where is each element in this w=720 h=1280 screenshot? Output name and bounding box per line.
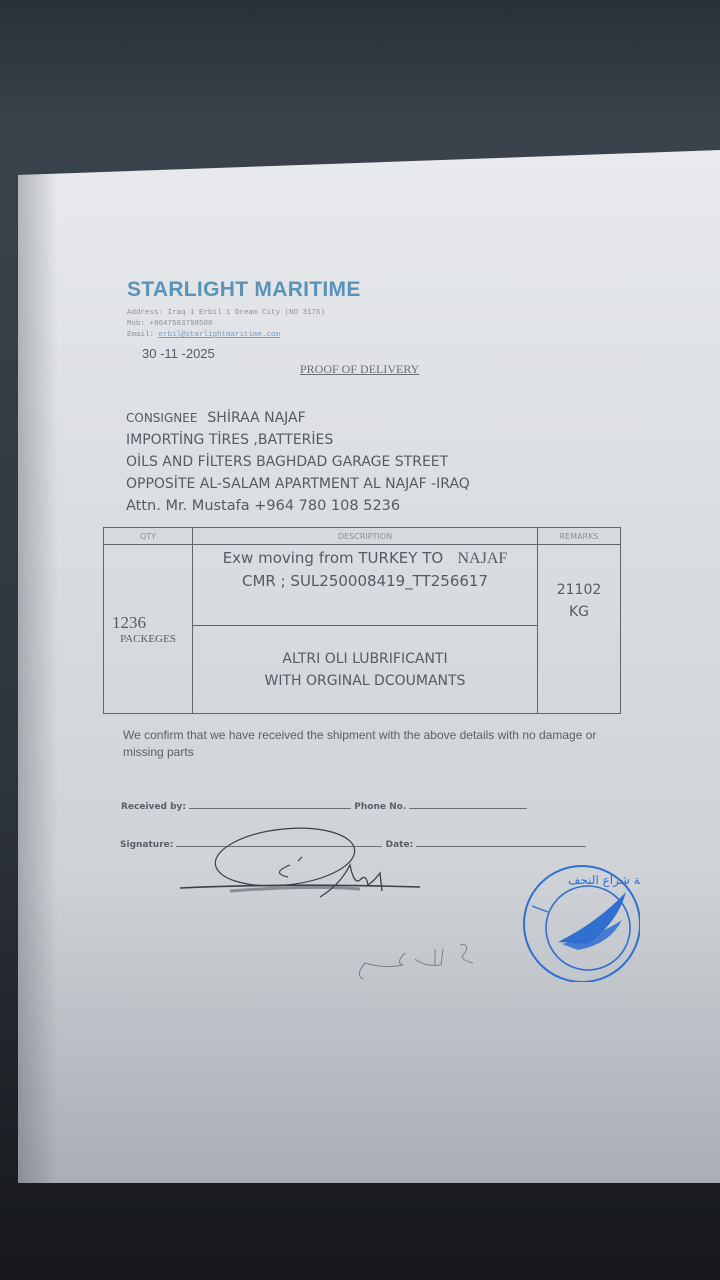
handwritten-note-icon xyxy=(345,935,485,980)
route-destination: NAJAF xyxy=(458,550,508,567)
goods-line: WITH ORGINAL DCOUMANTS xyxy=(193,670,537,692)
weight-value: 21102 xyxy=(538,579,620,601)
email-link[interactable]: erbil@starlightmaritime.com xyxy=(159,331,281,339)
consignee-line: OİLS AND FİLTERS BAGHDAD GARAGE STREET xyxy=(126,451,470,473)
qty-unit: PACKEGES xyxy=(104,633,192,645)
signature-label: Signature: xyxy=(120,840,173,850)
consignee-line: IMPORTİNG TİRES ,BATTERİES xyxy=(126,429,470,451)
company-stamp-icon: شركة شراع النجف xyxy=(518,862,640,982)
header-qty: QTY xyxy=(104,528,193,545)
company-contact: Address: Iraq 1 Erbil 1 Dream City (NO 3… xyxy=(127,308,325,341)
company-address: Address: Iraq 1 Erbil 1 Dream City (NO 3… xyxy=(127,308,325,319)
consignee-label: CONSIGNEE xyxy=(126,411,197,425)
header-description: DESCRIPTION xyxy=(193,528,538,545)
company-email-row: Email: erbil@starlightmaritime.com xyxy=(127,330,325,341)
consignee-line: OPPOSİTE AL-SALAM APARTMENT AL NAJAF -IR… xyxy=(126,473,470,495)
cmr-line: CMR ; SUL250008419_TT256617 xyxy=(193,570,537,592)
consignee-attn: Attn. Mr. Mustafa +964 780 108 5236 xyxy=(126,495,470,517)
phone-label: Phone No. xyxy=(354,802,406,812)
svg-text:شركة شراع النجف: شركة شراع النجف xyxy=(568,873,640,888)
weight-unit: KG xyxy=(538,601,620,623)
phone-field[interactable] xyxy=(409,799,527,809)
document-date: 30 -11 -2025 xyxy=(142,346,215,361)
consignee-name: SHİRAA NAJAF xyxy=(207,410,305,426)
route-text: Exw moving from TURKEY TO xyxy=(223,549,443,567)
date-field[interactable] xyxy=(416,837,586,847)
company-name: STARLIGHT MARITIME xyxy=(127,278,361,302)
header-remarks: REMARKS xyxy=(538,528,621,545)
description-route: Exw moving from TURKEY TO NAJAF CMR ; SU… xyxy=(193,545,538,626)
received-by-row: Received by: Phone No. xyxy=(121,799,527,812)
table-row: 1236 PACKEGES Exw moving from TURKEY TO … xyxy=(104,545,621,626)
shipment-table: QTY DESCRIPTION REMARKS 1236 PACKEGES Ex… xyxy=(103,527,621,714)
confirmation-text: We confirm that we have received the shi… xyxy=(123,727,618,761)
description-goods: ALTRI OLI LUBRIFICANTI WITH ORGINAL DCOU… xyxy=(193,626,538,714)
company-mobile: Mob: +9647503798500 xyxy=(127,319,325,330)
document-title: PROOF OF DELIVERY xyxy=(300,362,419,377)
remarks-cell: 21102 KG xyxy=(538,545,621,714)
handwritten-signature-icon xyxy=(170,825,440,915)
goods-line: ALTRI OLI LUBRIFICANTI xyxy=(193,648,537,670)
qty-cell: 1236 PACKEGES xyxy=(104,545,193,714)
email-label: Email: xyxy=(127,331,154,339)
qty-value: 1236 xyxy=(104,613,192,633)
consignee-name-row: CONSIGNEESHİRAA NAJAF xyxy=(126,407,470,429)
table-header-row: QTY DESCRIPTION REMARKS xyxy=(104,528,621,545)
received-by-field[interactable] xyxy=(189,799,351,809)
consignee-block: CONSIGNEESHİRAA NAJAF IMPORTİNG TİRES ,B… xyxy=(126,407,470,517)
received-by-label: Received by: xyxy=(121,802,186,812)
route-line: Exw moving from TURKEY TO NAJAF xyxy=(193,547,537,570)
